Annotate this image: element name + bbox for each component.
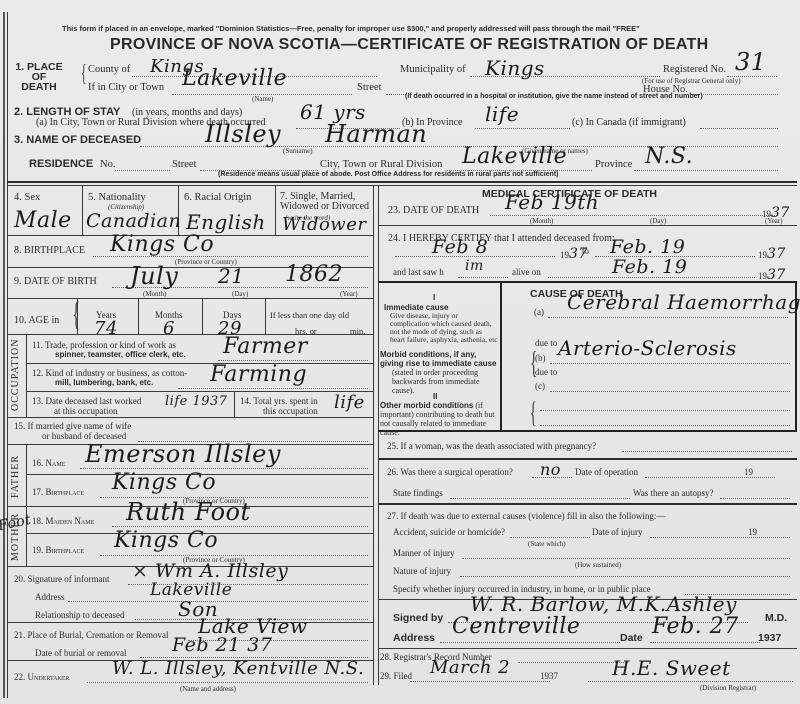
residence-street-label: Street bbox=[172, 159, 197, 170]
signed-by-value: W. R. Barlow, M.K.Ashley bbox=[470, 592, 737, 616]
cell-divider bbox=[138, 298, 139, 334]
stay-c-label: (c) In Canada (if immigrant) bbox=[572, 117, 686, 128]
informant-signature-label: 20. Signature of informant bbox=[14, 574, 109, 584]
cause-box-left bbox=[500, 281, 502, 431]
stay-b-line bbox=[475, 128, 570, 129]
mail-notice: This form if placed in an envelope, mark… bbox=[62, 24, 640, 33]
residence-province-label: Province bbox=[595, 159, 632, 170]
from-value: Feb 8 bbox=[432, 236, 488, 258]
industry-value: Farming bbox=[210, 362, 307, 387]
stay-b-value: life bbox=[485, 102, 519, 126]
year-prefix: 19 bbox=[758, 250, 767, 260]
residence-no-line bbox=[115, 170, 170, 171]
father-name-line bbox=[80, 468, 368, 469]
row-divider bbox=[7, 334, 373, 335]
findings-line bbox=[450, 498, 630, 499]
dob-label: 9. DATE OF BIRTH bbox=[14, 276, 97, 287]
name-caption: (Name) bbox=[252, 95, 273, 103]
burial-place-label: 21. Place of Burial, Cremation or Remova… bbox=[14, 630, 168, 640]
municipality-label: Municipality of bbox=[400, 64, 466, 75]
dob-year: 1862 bbox=[285, 262, 343, 287]
pregnancy-line bbox=[622, 451, 792, 452]
place-of-death-text: 1. PLACE OF DEATH bbox=[14, 62, 64, 92]
surname-caption: (Surname) bbox=[283, 147, 313, 155]
doctor-address-label: Address bbox=[393, 632, 435, 644]
mother-maiden-value: Ruth Foot bbox=[126, 498, 251, 526]
sex-label: 4. Sex bbox=[14, 192, 40, 203]
trade-sub: spinner, teamster, office clerk, etc. bbox=[55, 350, 186, 359]
registrar-caption: (Division Registrar) bbox=[700, 684, 756, 692]
house-no-line bbox=[690, 94, 778, 95]
street-label: Street bbox=[357, 82, 382, 93]
to-value: Feb. 19 bbox=[610, 236, 685, 258]
residence-no-label: No. bbox=[100, 159, 115, 170]
row-divider bbox=[26, 363, 373, 364]
other-line-2 bbox=[540, 425, 790, 426]
cause-box-top bbox=[378, 281, 797, 283]
undertaker-caption: (Name and address) bbox=[180, 685, 236, 693]
racial-origin-label: 6. Racial Origin bbox=[184, 192, 251, 203]
informant-address-label: Address bbox=[35, 592, 65, 602]
left-border bbox=[3, 12, 5, 698]
operation-label: 26. Was there a surgical operation? bbox=[387, 467, 513, 477]
pregnancy-label: 25. If a woman, was the death associated… bbox=[387, 441, 596, 451]
relationship-label: Relationship to deceased bbox=[35, 610, 124, 620]
stay-c-line bbox=[700, 128, 778, 129]
left-border-inner bbox=[7, 12, 8, 698]
due-to-1: due to bbox=[535, 338, 557, 348]
cause-a-line bbox=[548, 317, 788, 318]
dob-month: July bbox=[130, 262, 178, 290]
immediate-numeral: I bbox=[433, 293, 435, 302]
marital-status-value: Widower bbox=[282, 214, 366, 235]
dob-day: 21 bbox=[218, 264, 244, 288]
brace-icon: { bbox=[81, 62, 87, 86]
burial-date-value: Feb 21 37 bbox=[172, 634, 272, 656]
injury-date-label: Date of injury bbox=[592, 527, 642, 537]
due-to-2: due to bbox=[535, 367, 557, 377]
other-line-1 bbox=[540, 410, 790, 411]
deceased-given-names: Harman bbox=[325, 120, 427, 148]
year-prefix: 19 bbox=[758, 271, 767, 281]
age-years-value: 74 bbox=[94, 318, 118, 339]
cell-divider bbox=[77, 298, 78, 334]
deceased-label: 3. NAME OF DECEASED bbox=[14, 134, 141, 146]
registrar-line bbox=[588, 681, 793, 682]
industry-line bbox=[178, 388, 368, 389]
cell-divider bbox=[82, 185, 83, 235]
filed-line bbox=[410, 681, 550, 682]
marital-status-label: 7. Single, Married, Widowed or Divorced bbox=[280, 192, 375, 212]
dod-line bbox=[490, 215, 775, 216]
mother-birthplace-value: Kings Co bbox=[114, 528, 218, 553]
injury-year-prefix: 19 bbox=[748, 527, 757, 537]
hospital-note: (If death occurred in a hospital or inst… bbox=[405, 93, 703, 100]
filed-label: 29. Filed bbox=[380, 671, 412, 681]
last-worked-label: 13. Date deceased last worked bbox=[32, 396, 141, 406]
dod-value-text: Feb 19th bbox=[505, 190, 599, 214]
md-label: M.D. bbox=[765, 612, 787, 624]
last-worked-value: life 1937 bbox=[165, 394, 228, 409]
father-name-label: 16. Name bbox=[32, 458, 65, 468]
other-title: Other morbid conditions bbox=[380, 401, 473, 410]
cause-a-value: Cerebral Haemorrhage bbox=[567, 290, 800, 314]
autopsy-line bbox=[720, 498, 790, 499]
column-divider bbox=[373, 185, 374, 685]
operation-year-prefix: 19 bbox=[744, 467, 753, 477]
manner-line bbox=[462, 558, 790, 559]
undertaker-line bbox=[87, 682, 368, 683]
filed-year: 1937 bbox=[540, 671, 558, 681]
residence-label: RESIDENCE bbox=[29, 158, 93, 170]
doctor-address-value: Centreville bbox=[452, 614, 580, 639]
nature-label: Nature of injury bbox=[393, 566, 451, 576]
trade-line bbox=[218, 360, 368, 361]
last-saw-value: im bbox=[465, 258, 484, 274]
doctor-date-label: Date bbox=[620, 632, 643, 644]
undertaker-label: 22. Undertaker bbox=[14, 672, 70, 682]
certify-label: 24. I HEREBY CERTIFY that I attended dec… bbox=[388, 233, 615, 244]
doctor-address-line bbox=[440, 642, 620, 643]
year-caption: (Year) bbox=[340, 290, 358, 298]
industry-sub: mill, lumbering, bank, etc. bbox=[55, 378, 153, 387]
cause-b-line bbox=[550, 363, 790, 364]
total-years-value: life bbox=[334, 392, 365, 413]
age-label: 10. AGE in bbox=[14, 315, 59, 326]
cause-c-label: (c) bbox=[535, 381, 545, 391]
occupation-divider bbox=[26, 334, 27, 417]
doctor-date-value: Feb. 27 bbox=[652, 614, 739, 639]
alive-on-value: Feb. 19 bbox=[612, 256, 687, 278]
to-label: to bbox=[582, 246, 589, 256]
row-divider bbox=[378, 225, 797, 226]
doctor-date-line bbox=[650, 642, 760, 643]
accident-line bbox=[510, 537, 590, 538]
doctor-date-year: 1937 bbox=[758, 632, 781, 644]
dod-year-caption: (Year) bbox=[765, 217, 783, 225]
birthplace-label: 8. BIRTHPLACE bbox=[14, 245, 85, 256]
registered-no-label: Registered No. bbox=[663, 64, 726, 75]
row-divider bbox=[378, 648, 797, 649]
row-divider bbox=[7, 298, 373, 299]
dod-value: Feb 19th bbox=[505, 190, 599, 214]
age-less-label: If less than one day old bbox=[270, 310, 349, 320]
county-label: County of bbox=[88, 64, 130, 75]
residence-city-label: City, Town or Rural Division bbox=[320, 159, 442, 170]
occupation-side-label: OCCUPATION bbox=[10, 335, 21, 415]
autopsy-label: Was there an autopsy? bbox=[633, 488, 714, 498]
residence-province-line bbox=[634, 170, 778, 171]
mother-maiden-line bbox=[112, 526, 368, 527]
operation-value: no bbox=[540, 460, 561, 479]
accident-label: Accident, suicide or homicide? bbox=[393, 527, 505, 537]
other-numeral: II bbox=[433, 392, 437, 401]
industry-label: 12. Kind of industry or business, as cot… bbox=[32, 368, 187, 378]
last-saw-label: and last saw h bbox=[393, 267, 444, 277]
row-divider bbox=[26, 391, 373, 392]
dod-month-caption: (Month) bbox=[530, 217, 553, 225]
death-certificate: This form if placed in an envelope, mark… bbox=[0, 0, 800, 704]
spouse-label: 15. If married give name of wife bbox=[14, 421, 131, 431]
immediate-desc: Give disease, injury or complication whi… bbox=[390, 312, 498, 344]
last-saw-line bbox=[458, 277, 508, 278]
trade-value: Farmer bbox=[223, 334, 308, 359]
operation-date-label: Date of operation bbox=[575, 467, 638, 477]
father-birthplace-label: 17. Birthplace bbox=[32, 487, 84, 497]
section-divider bbox=[7, 181, 797, 183]
racial-origin-value: English bbox=[186, 210, 266, 234]
nationality-label: 5. Nationality bbox=[88, 192, 146, 203]
to-year: 1937 bbox=[758, 246, 786, 262]
row-divider bbox=[378, 503, 797, 505]
residence-province-value: N.S. bbox=[645, 144, 693, 169]
registered-no-value: 31 bbox=[735, 48, 767, 76]
cause-b-label: (b) bbox=[535, 353, 546, 363]
street-line bbox=[386, 94, 406, 95]
dod-day-caption: (Day) bbox=[650, 217, 666, 225]
external-label: 27. If death was due to external causes … bbox=[387, 511, 665, 521]
state-caption: (State which) bbox=[528, 540, 566, 548]
father-birthplace-value: Kings Co bbox=[112, 470, 216, 495]
alive-on-label: alive on bbox=[512, 267, 541, 277]
operation-date-line bbox=[645, 477, 775, 478]
mother-maiden-label: 18. Maiden Name bbox=[32, 516, 94, 526]
city-label: If in City or Town bbox=[88, 82, 164, 93]
informant-signature-value: × Wm A. Illsley bbox=[132, 560, 288, 582]
dod-label: 23. DATE OF DEATH bbox=[388, 205, 479, 216]
section-divider-2 bbox=[7, 185, 797, 186]
residence-note: (Residence means usual place of abode. P… bbox=[218, 171, 559, 178]
manner-label: Manner of injury bbox=[393, 548, 454, 558]
city-value: Lakeville bbox=[182, 66, 287, 91]
row-divider bbox=[7, 417, 373, 418]
cell-divider bbox=[265, 298, 266, 334]
morbid-desc: (stated in order proceeding backwards fr… bbox=[392, 368, 498, 395]
birthplace-label-text: 8. BIRTHPLACE bbox=[14, 245, 85, 256]
burial-date-label: Date of burial or removal bbox=[35, 648, 126, 658]
place-of-death-label: 1. PLACE OF DEATH bbox=[14, 62, 64, 92]
father-divider bbox=[26, 444, 27, 506]
trade-label: 11. Trade, profession or kind of work as bbox=[32, 340, 176, 350]
column-divider-2 bbox=[378, 185, 379, 685]
month-caption: (Month) bbox=[143, 290, 166, 298]
cell-divider bbox=[275, 185, 276, 235]
injury-date-line bbox=[650, 537, 790, 538]
day-caption: (Day) bbox=[232, 290, 248, 298]
row-divider bbox=[378, 458, 797, 460]
other-morbid: Other morbid conditions (if important) c… bbox=[380, 401, 498, 437]
cause-b-value: Arterio-Sclerosis bbox=[558, 336, 737, 360]
age-months-value: 6 bbox=[163, 318, 175, 339]
year-prefix: 19 bbox=[560, 250, 569, 260]
page-title: PROVINCE OF NOVA SCOTIA—CERTIFICATE OF R… bbox=[110, 36, 708, 54]
total-years-label: 14. Total yrs. spent in bbox=[240, 396, 318, 406]
cause-a-label: (a) bbox=[534, 307, 544, 317]
father-side-label: FATHER bbox=[10, 446, 21, 506]
filed-value: March 2 bbox=[430, 657, 510, 678]
row-divider bbox=[7, 622, 373, 623]
last-worked-sub: at this occupation bbox=[54, 406, 117, 416]
signed-by-label: Signed by bbox=[393, 612, 443, 624]
how-caption: (How sustained) bbox=[575, 561, 621, 569]
father-name-value: Emerson Illsley bbox=[85, 440, 281, 468]
mother-birthplace-label: 19. Birthplace bbox=[32, 545, 84, 555]
morbid-title: Morbid conditions, if any, giving rise t… bbox=[380, 350, 498, 368]
total-years-sub: this occupation bbox=[263, 406, 318, 416]
municipality-value: Kings bbox=[485, 56, 545, 80]
cause-c-line bbox=[550, 391, 790, 392]
findings-label: State findings bbox=[393, 488, 443, 498]
brace-icon: { bbox=[530, 398, 537, 428]
sex-value: Male bbox=[14, 208, 72, 233]
residence-city-value: Lakeville bbox=[462, 144, 567, 169]
nationality-value: Canadian bbox=[86, 210, 181, 232]
registrar-signature: H.E. Sweet bbox=[612, 656, 731, 680]
nature-line bbox=[460, 576, 790, 577]
deceased-surname: Illsley bbox=[205, 120, 281, 148]
cell-divider bbox=[202, 298, 203, 334]
cell-divider bbox=[234, 391, 235, 417]
birthplace-value: Kings Co bbox=[110, 232, 214, 257]
undertaker-value: W. L. Illsley, Kentville N.S. bbox=[112, 658, 364, 679]
to-year-value: 37 bbox=[767, 246, 786, 262]
